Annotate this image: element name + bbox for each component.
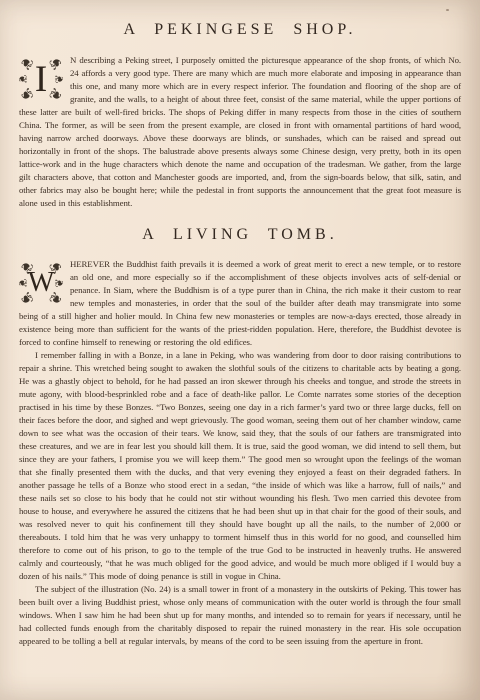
paragraph-text: N describing a Peking street, I purposel… [19, 55, 461, 208]
paragraph: ❦ ❦ ❦ ❦ ❦ ❦ I N describing a Peking stre… [19, 54, 461, 210]
book-page: A PEKINGESE SHOP. ❦ ❦ ❦ ❦ ❦ ❦ I N descri… [0, 0, 480, 700]
paragraph-text: The subject of the illustration (No. 24)… [19, 584, 461, 646]
paragraph: ❦ ❦ ❦ ❦ ❦ ❦ W HEREVER the Buddhist faith… [19, 258, 461, 349]
paragraph: The subject of the illustration (No. 24)… [19, 583, 461, 648]
section-living-tomb: A LIVING TOMB. ❦ ❦ ❦ ❦ ❦ ❦ W HEREVER the… [19, 210, 461, 647]
section-title: A LIVING TOMB. [19, 210, 461, 244]
dropcap-letter: I [19, 57, 63, 101]
paragraph-text: HEREVER the Buddhist faith prevails it i… [19, 259, 461, 347]
paragraph-text: I remember falling in with a Bonze, in a… [19, 350, 461, 581]
dropcap-letter: W [19, 261, 63, 305]
paper-speck [446, 9, 449, 11]
ornate-dropcap: ❦ ❦ ❦ ❦ ❦ ❦ I [19, 57, 63, 101]
ornate-dropcap: ❦ ❦ ❦ ❦ ❦ ❦ W [19, 261, 63, 305]
section-pekingese-shop: A PEKINGESE SHOP. ❦ ❦ ❦ ❦ ❦ ❦ I N descri… [19, 0, 461, 210]
section-title: A PEKINGESE SHOP. [19, 0, 461, 39]
paragraph: I remember falling in with a Bonze, in a… [19, 349, 461, 583]
